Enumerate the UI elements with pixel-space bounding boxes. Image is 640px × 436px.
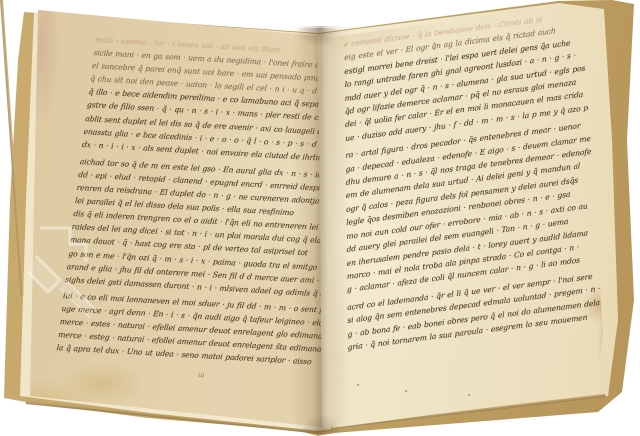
photo-background: mala · essena · lur · i ssoen uai · ab a…	[0, 0, 640, 436]
parchment-speck	[468, 394, 470, 396]
catchword-mark: ɯ	[198, 371, 205, 379]
parchment-speck	[357, 384, 359, 386]
manuscript-book: mala · essena · lur · i ssoen uai · ab a…	[0, 0, 640, 436]
gutter-shadow	[292, 26, 350, 432]
watermark-logo	[26, 222, 98, 320]
right-page-text: e comensi dicune · q̃ la bendiaone dels …	[344, 8, 582, 354]
gutter-shadow-bottom	[300, 414, 342, 434]
parchment-speck	[405, 390, 407, 392]
gutter-shadow-top	[296, 28, 340, 48]
